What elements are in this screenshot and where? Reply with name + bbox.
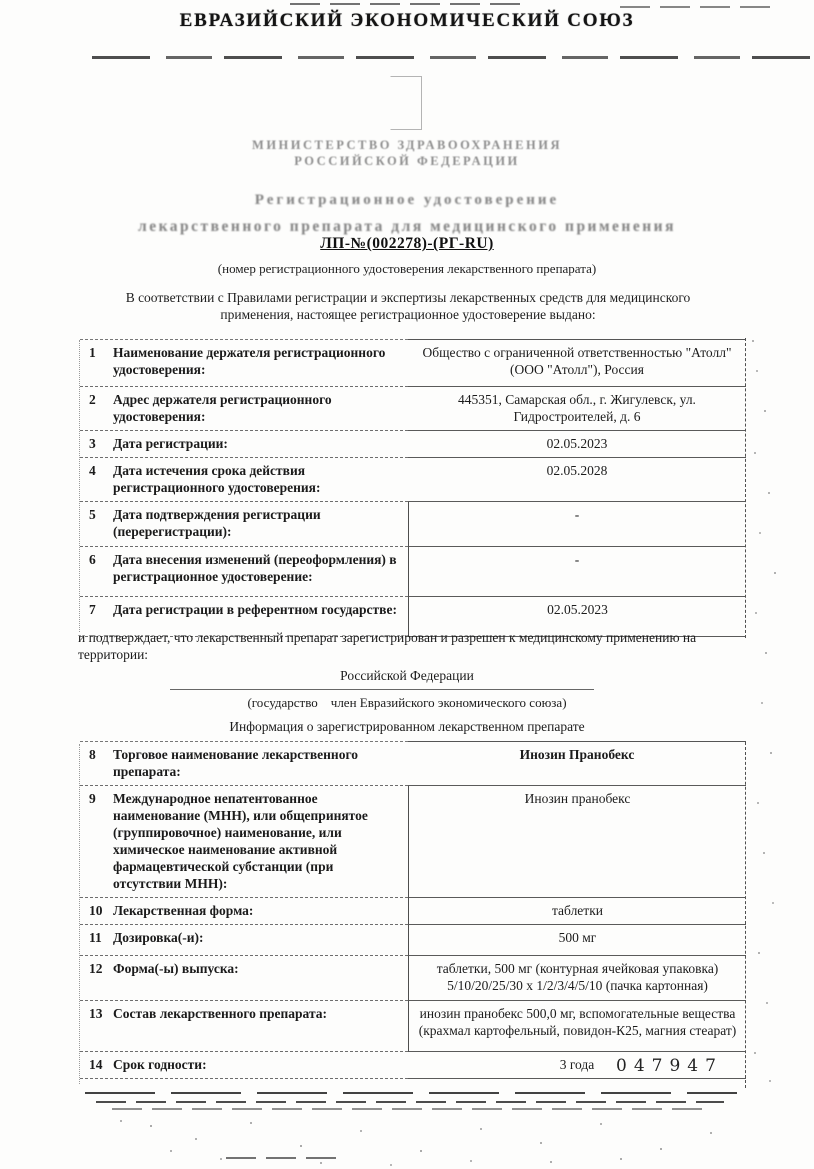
row-value: Общество с ограниченной ответственностью… xyxy=(408,339,746,387)
table-row: 10Лекарственная форма: таблетки xyxy=(80,898,746,925)
serial-number-stamp: 047947 xyxy=(616,1056,723,1077)
table-right-border xyxy=(745,338,746,638)
row-label: Дата подтверждения регистрации (перереги… xyxy=(113,502,408,546)
table-row: 8Торговое наименование лекарственного пр… xyxy=(80,741,746,786)
row-number: 9 xyxy=(80,786,113,897)
table-row: 5Дата подтверждения регистрации (перерег… xyxy=(80,502,746,547)
row-label: Срок годности: xyxy=(113,1052,408,1078)
territory-underline xyxy=(170,689,594,690)
scan-noise-line xyxy=(92,56,814,59)
row-value: 500 мг xyxy=(408,925,746,956)
territory-caption: (государство член Евразийского экономиче… xyxy=(0,695,814,711)
scan-noise-line xyxy=(96,1101,724,1103)
row-label: Дата истечения срока действия регистраци… xyxy=(113,458,408,501)
table-row: 13Состав лекарственного препарата: инози… xyxy=(80,1001,746,1052)
union-title: ЕВРАЗИЙСКИЙ ЭКОНОМИЧЕСКИЙ СОЮЗ xyxy=(0,9,814,33)
table-row: 4Дата истечения срока действия регистрац… xyxy=(80,458,746,502)
row-number: 3 xyxy=(80,431,113,457)
row-number: 6 xyxy=(80,547,113,596)
row-number: 14 xyxy=(80,1052,113,1078)
row-value: таблетки, 500 мг (контурная ячейковая уп… xyxy=(408,956,746,1001)
row-label: Дозировка(-и): xyxy=(113,925,408,955)
row-number: 13 xyxy=(80,1001,113,1051)
row-number: 8 xyxy=(80,742,113,785)
scanned-registration-certificate: ЕВРАЗИЙСКИЙ ЭКОНОМИЧЕСКИЙ СОЮЗ МИНИСТЕРС… xyxy=(0,0,814,1169)
row-value: 445351, Самарская обл., г. Жигулевск, ул… xyxy=(408,387,746,431)
row-number: 2 xyxy=(80,387,113,430)
document-title: Регистрационное удостоверение лекарствен… xyxy=(0,191,814,236)
row-label: Адрес держателя регистрационного удостов… xyxy=(113,387,408,430)
row-label: Торговое наименование лекарственного пре… xyxy=(113,742,408,785)
row-number: 5 xyxy=(80,502,113,546)
row-label: Международное непатентованное наименован… xyxy=(113,786,408,897)
row-label: Дата регистрации: xyxy=(113,431,408,457)
row-value: 02.05.2028 xyxy=(408,458,746,502)
territory-name: Российской Федерации xyxy=(0,667,814,684)
registration-number-caption: (номер регистрационного удостоверения ле… xyxy=(0,261,814,277)
row-value: - xyxy=(408,547,746,597)
row-value: таблетки xyxy=(408,898,746,925)
table-row: 6Дата внесения изменений (переоформления… xyxy=(80,547,746,597)
row-number: 11 xyxy=(80,925,113,955)
table-row: 2Адрес держателя регистрационного удосто… xyxy=(80,387,746,431)
row-label: Лекарственная форма: xyxy=(113,898,408,924)
table-row: 3Дата регистрации: 02.05.2023 xyxy=(80,431,746,458)
row-number: 1 xyxy=(80,340,113,386)
row-number: 4 xyxy=(80,458,113,501)
row-number: 12 xyxy=(80,956,113,1000)
row-number: 10 xyxy=(80,898,113,924)
row-label: Наименование держателя регистрационного … xyxy=(113,340,408,386)
faded-emblem xyxy=(390,76,422,130)
row-label: Состав лекарственного препарата: xyxy=(113,1001,408,1051)
row-value: 02.05.2023 xyxy=(408,431,746,458)
intro-paragraph: В соответствии с Правилами регистрации и… xyxy=(96,289,720,323)
table-row: 11Дозировка(-и): 500 мг xyxy=(80,925,746,956)
table-left-border xyxy=(79,744,80,1084)
scan-noise-line xyxy=(85,1092,737,1094)
row-value: Инозин Пранобекс xyxy=(408,741,746,786)
table-row: 9Международное непатентованное наименова… xyxy=(80,786,746,898)
registration-table: 1Наименование держателя регистрационного… xyxy=(80,339,746,637)
table-row: 1Наименование держателя регистрационного… xyxy=(80,339,746,387)
row-value: инозин пранобекс 500,0 мг, вспомогательн… xyxy=(408,1001,746,1052)
row-value: Инозин пранобекс xyxy=(408,786,746,898)
scan-noise-speckles xyxy=(120,1120,122,1122)
row-label: Дата внесения изменений (переоформления)… xyxy=(113,547,408,596)
confirmation-paragraph: и подтверждает, что лекарственный препар… xyxy=(78,629,750,663)
table-row: 12Форма(-ы) выпуска: таблетки, 500 мг (к… xyxy=(80,956,746,1001)
scan-noise-speckles xyxy=(752,340,754,342)
ministry-line1: МИНИСТЕРСТВО ЗДРАВООХРАНЕНИЯ xyxy=(0,138,814,154)
row-value: - xyxy=(408,502,746,547)
ministry-name: МИНИСТЕРСТВО ЗДРАВООХРАНЕНИЯ РОССИЙСКОЙ … xyxy=(0,138,814,170)
table-right-border xyxy=(745,742,746,1088)
table-left-border xyxy=(79,340,80,632)
document-title-line1: Регистрационное удостоверение xyxy=(0,191,814,210)
ministry-line2: РОССИЙСКОЙ ФЕДЕРАЦИИ xyxy=(0,154,814,170)
product-info-heading: Информация о зарегистрированном лекарств… xyxy=(0,718,814,735)
scan-noise-line xyxy=(226,1157,338,1159)
product-table: 8Торговое наименование лекарственного пр… xyxy=(80,741,746,1079)
scan-noise-line xyxy=(112,1108,708,1110)
row-label: Форма(-ы) выпуска: xyxy=(113,956,408,1000)
scan-noise-line xyxy=(620,6,770,8)
registration-number: ЛП-№(002278)-(РГ-RU) xyxy=(0,234,814,254)
scan-noise-line xyxy=(290,3,520,5)
